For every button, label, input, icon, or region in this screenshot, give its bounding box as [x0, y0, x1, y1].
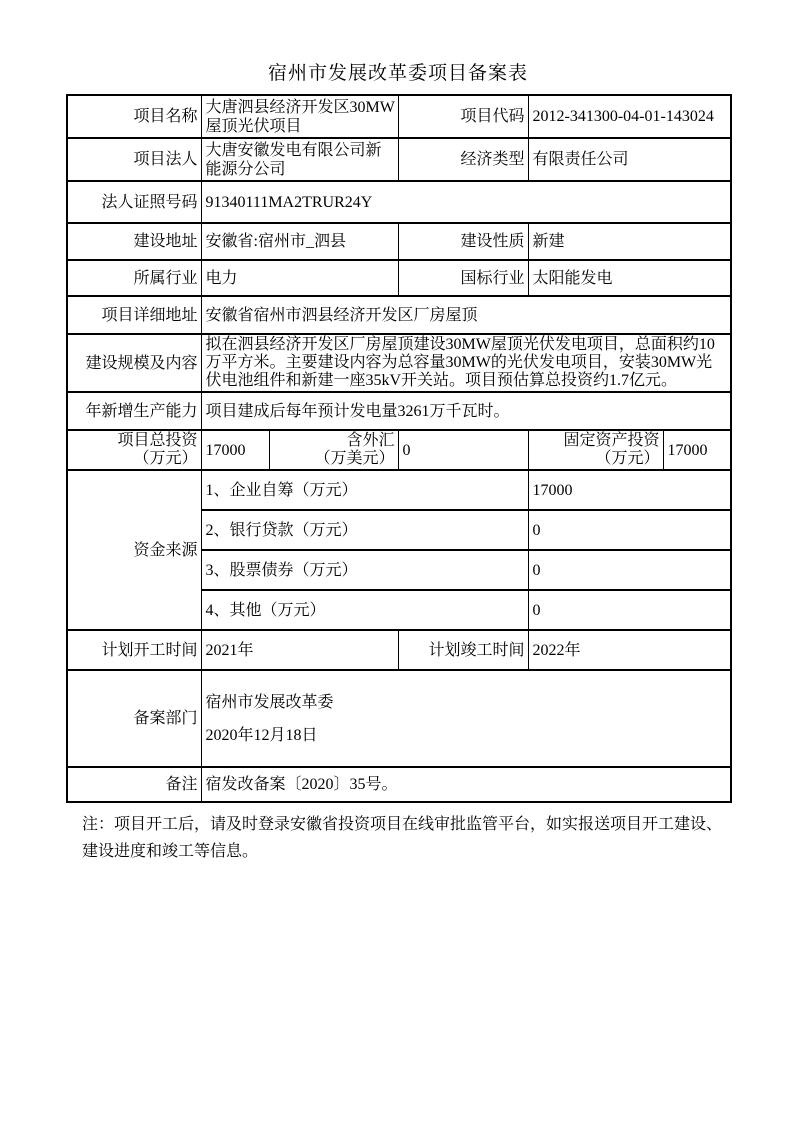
- table-row: 项目法人 大唐安徽发电有限公司新能源分公司 经济类型 有限责任公司: [67, 138, 731, 181]
- annual-capacity-label: 年新增生产能力: [67, 392, 201, 430]
- annual-capacity-value: 项目建成后每年预计发电量3261万千瓦时。: [201, 392, 731, 430]
- project-name-label: 项目名称: [67, 95, 201, 138]
- table-row: 法人证照号码 91340111MA2TRUR24Y: [67, 181, 731, 223]
- planned-start-label: 计划开工时间: [67, 630, 201, 670]
- funding-source-label: 资金来源: [67, 470, 201, 630]
- construction-scale-label: 建设规模及内容: [67, 334, 201, 392]
- funding-item-value: 17000: [528, 470, 731, 510]
- funding-item-label: 1、企业自筹（万元）: [201, 470, 528, 510]
- table-row: 资金来源 1、企业自筹（万元） 17000: [67, 470, 731, 510]
- funding-item-value: 0: [528, 590, 731, 630]
- table-row: 备案部门 宿州市发展改革委 2020年12月18日: [67, 670, 731, 767]
- industry-label: 所属行业: [67, 260, 201, 296]
- filing-form-table: 项目名称 大唐泗县经济开发区30MW屋顶光伏项目 项目代码 2012-34130…: [66, 94, 732, 803]
- project-code-value: 2012-341300-04-01-143024: [528, 95, 731, 138]
- table-row: 项目总投资 （万元） 17000 含外汇 （万美元） 0 固定资产投资 （万元）…: [67, 430, 731, 470]
- detailed-address-label: 项目详细地址: [67, 296, 201, 334]
- economic-type-label: 经济类型: [398, 138, 528, 181]
- legal-person-label: 项目法人: [67, 138, 201, 181]
- detailed-address-value: 安徽省宿州市泗县经济开发区厂房屋顶: [201, 296, 731, 334]
- construction-nature-value: 新建: [528, 223, 731, 260]
- license-number-label: 法人证照号码: [67, 181, 201, 223]
- document-page: 宿州市发展改革委项目备案表 项目名称 大唐泗县经济开发区30MW屋顶光伏项目 项…: [0, 0, 793, 1122]
- filing-date: 2020年12月18日: [206, 726, 729, 745]
- funding-item-label: 3、股票债券（万元）: [201, 550, 528, 590]
- remark-label: 备注: [67, 767, 201, 802]
- construction-site-value: 安徽省:宿州市_泗县: [201, 223, 398, 260]
- table-row: 所属行业 电力 国标行业 太阳能发电: [67, 260, 731, 296]
- planned-completion-value: 2022年: [528, 630, 731, 670]
- license-number-value: 91340111MA2TRUR24Y: [201, 181, 731, 223]
- industry-value: 电力: [201, 260, 398, 296]
- table-row: 计划开工时间 2021年 计划竣工时间 2022年: [67, 630, 731, 670]
- national-industry-value: 太阳能发电: [528, 260, 731, 296]
- table-row: 建设规模及内容 拟在泗县经济开发区厂房屋顶建设30MW屋顶光伏发电项目，总面积约…: [67, 334, 731, 392]
- footnote: 注：项目开工后，请及时登录安徽省投资项目在线审批监管平台，如实报送项目开工建设、…: [82, 811, 732, 865]
- table-row: 项目名称 大唐泗县经济开发区30MW屋顶光伏项目 项目代码 2012-34130…: [67, 95, 731, 138]
- construction-nature-label: 建设性质: [398, 223, 528, 260]
- fixed-asset-investment-value: 17000: [663, 430, 731, 470]
- fixed-asset-investment-label: 固定资产投资 （万元）: [528, 430, 663, 470]
- planned-completion-label: 计划竣工时间: [398, 630, 528, 670]
- project-name-value: 大唐泗县经济开发区30MW屋顶光伏项目: [201, 95, 398, 138]
- construction-site-label: 建设地址: [67, 223, 201, 260]
- table-row: 年新增生产能力 项目建成后每年预计发电量3261万千瓦时。: [67, 392, 731, 430]
- funding-item-label: 2、银行贷款（万元）: [201, 510, 528, 550]
- funding-item-value: 0: [528, 550, 731, 590]
- total-investment-label: 项目总投资 （万元）: [67, 430, 201, 470]
- total-investment-value: 17000: [201, 430, 269, 470]
- filing-department-label: 备案部门: [67, 670, 201, 767]
- filing-department-name: 宿州市发展改革委: [206, 693, 729, 712]
- construction-scale-value: 拟在泗县经济开发区厂房屋顶建设30MW屋顶光伏发电项目，总面积约10万平方米。主…: [201, 334, 731, 392]
- page-title: 宿州市发展改革委项目备案表: [66, 58, 730, 85]
- table-row: 建设地址 安徽省:宿州市_泗县 建设性质 新建: [67, 223, 731, 260]
- funding-item-value: 0: [528, 510, 731, 550]
- forex-value: 0: [398, 430, 528, 470]
- funding-item-label: 4、其他（万元）: [201, 590, 528, 630]
- project-code-label: 项目代码: [398, 95, 528, 138]
- legal-person-value: 大唐安徽发电有限公司新能源分公司: [201, 138, 398, 181]
- table-row: 项目详细地址 安徽省宿州市泗县经济开发区厂房屋顶: [67, 296, 731, 334]
- national-industry-label: 国标行业: [398, 260, 528, 296]
- filing-department-cell: 宿州市发展改革委 2020年12月18日: [201, 670, 731, 767]
- economic-type-value: 有限责任公司: [528, 138, 731, 181]
- table-row: 备注 宿发改备案〔2020〕35号。: [67, 767, 731, 802]
- forex-label: 含外汇 （万美元）: [269, 430, 398, 470]
- remark-value: 宿发改备案〔2020〕35号。: [201, 767, 731, 802]
- planned-start-value: 2021年: [201, 630, 398, 670]
